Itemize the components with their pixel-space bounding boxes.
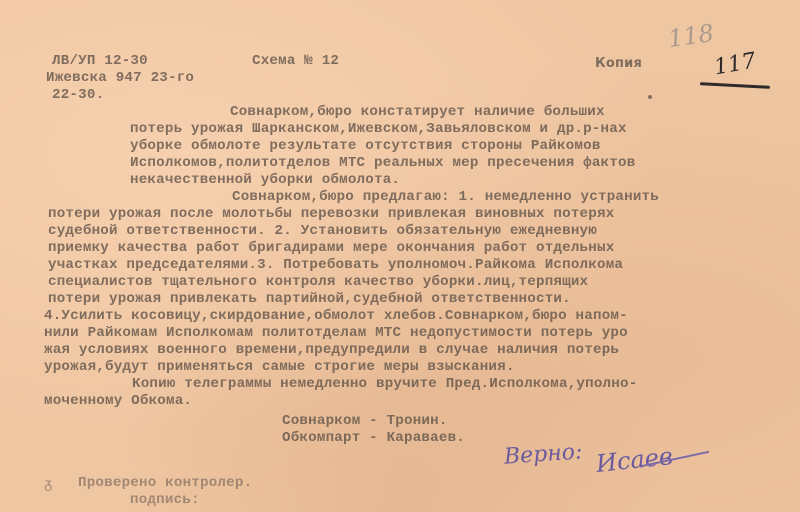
archive-number: 118 [666, 19, 715, 53]
body-line: потерь урожая Шарканском,Ижевском,Завьял… [130, 121, 627, 137]
body-line: моченному Обкома. [44, 393, 192, 409]
body-line: Копию телеграммы немедленно вручите Пред… [132, 376, 637, 392]
body-line: урожая,будут применяться самые строгие м… [44, 359, 515, 375]
signature-obkompart: Обкомпарт - Караваев. [282, 430, 465, 446]
folio-number: 117 [712, 49, 758, 81]
reference-line-2: Ижевска 947 23-го [46, 70, 194, 86]
schema-number: Схема № 12 [252, 53, 339, 69]
body-line: специалистов тщательного контроля качест… [48, 274, 588, 290]
copy-label: Копия [595, 56, 642, 72]
body-line: потери урожая после молотьбы перевозки п… [48, 206, 614, 222]
signature-label: подпись: [130, 492, 200, 508]
signature-sovnarkom: Совнарком - Тронин. [282, 413, 448, 429]
folio-underline [700, 82, 770, 89]
body-line: Совнарком,бюро констатирует наличие боль… [230, 104, 605, 120]
checked-by-controller: Проверено контролер. [78, 475, 252, 491]
reference-line-3: 22-30. [52, 87, 104, 103]
body-line: нили Райкомам Исполкомам политотделам МТ… [44, 325, 628, 341]
body-line: 4.Усилить косовицу,скирдование,обмолот х… [44, 308, 628, 324]
body-line: приемку качества работ бригадирами мере … [48, 240, 614, 256]
body-line: потери урожая привлекать партийной,судеб… [48, 291, 571, 307]
ink-dot [648, 95, 652, 99]
body-line: некачественной уборки обмолота. [130, 172, 400, 188]
verno-handwriting: Верно: [503, 439, 583, 469]
body-line: уборке обмолоте результате отсутствия ст… [130, 138, 601, 154]
body-line: Исполкомов,политотделов МТС реальных мер… [130, 155, 635, 171]
body-line: судебной ответственности. 2. Установить … [48, 223, 597, 239]
body-line: Совнарком,бюро предлагаю: 1. немедленно … [232, 189, 659, 205]
body-line: участках председателями.3. Потребовать у… [48, 257, 623, 273]
reference-line-1: ЛВ/УП 12-30 [52, 53, 148, 69]
margin-mark: ᵹ [44, 477, 53, 493]
body-line: жая условиях военного времени,предупреди… [44, 342, 619, 358]
